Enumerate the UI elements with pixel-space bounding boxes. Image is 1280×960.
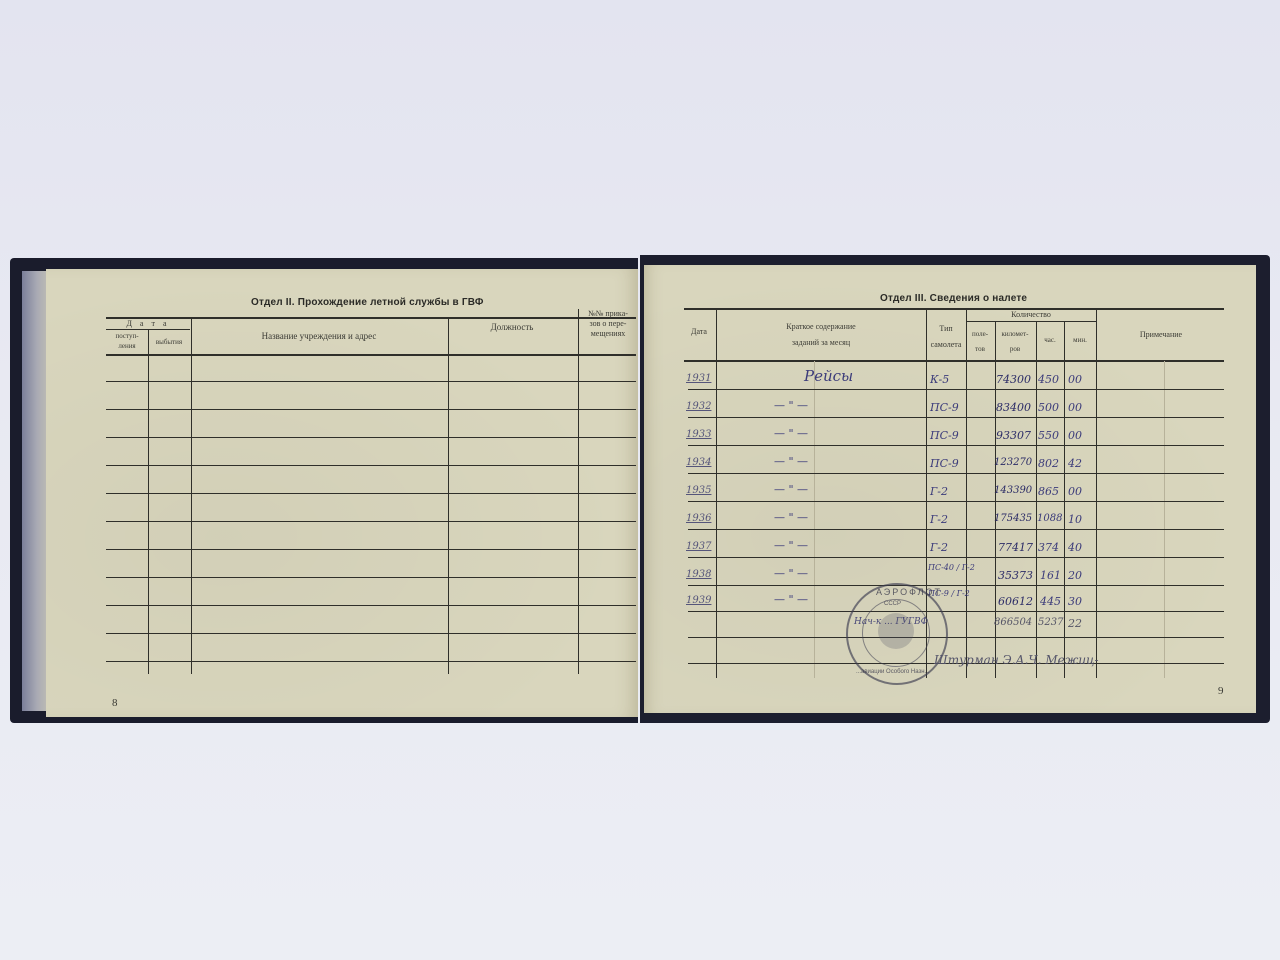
- orders-header: №№ прика- зов о пере- мещениях: [578, 309, 638, 339]
- departure-header: выбытия: [148, 337, 190, 347]
- aircraft-type-header: Тип самолета: [926, 321, 966, 353]
- section-title: Отдел II. Прохождение летной службы в ГВ…: [251, 297, 484, 308]
- notes-header: Примечание: [1098, 330, 1224, 340]
- summary-header: Краткое содержание заданий за месяц: [716, 319, 926, 351]
- quantity-header: Количество: [966, 310, 1096, 320]
- open-logbook: Отдел II. Прохождение летной службы в ГВ…: [8, 255, 1280, 725]
- official-stamp: АЭРОФЛОТ СССР ...авиации Особого Назн...: [846, 583, 948, 685]
- flights-header: поле- тов: [966, 327, 994, 357]
- page-number: 8: [112, 697, 118, 709]
- arrival-header: поступ- ления: [106, 331, 148, 351]
- left-page: Отдел II. Прохождение летной службы в ГВ…: [46, 269, 638, 717]
- aeroflot-emblem-icon: [878, 613, 914, 649]
- position-header: Должность: [448, 322, 576, 332]
- section-title: Отдел III. Сведения о налете: [880, 293, 1027, 304]
- page-number: 9: [1218, 685, 1224, 697]
- date-header: Д а т а: [106, 319, 190, 329]
- right-page: Отдел III. Сведения о налете Дата Кратко…: [644, 265, 1256, 713]
- date-header: Дата: [684, 327, 714, 337]
- minutes-header: мин.: [1065, 335, 1095, 345]
- institution-header: Название учреждения и адрес: [192, 331, 446, 341]
- navigator-signature: Штурман Э.А.Ч. Межиц-: [934, 653, 1099, 667]
- hours-header: час.: [1037, 335, 1063, 345]
- km-header: километ- ров: [995, 327, 1035, 357]
